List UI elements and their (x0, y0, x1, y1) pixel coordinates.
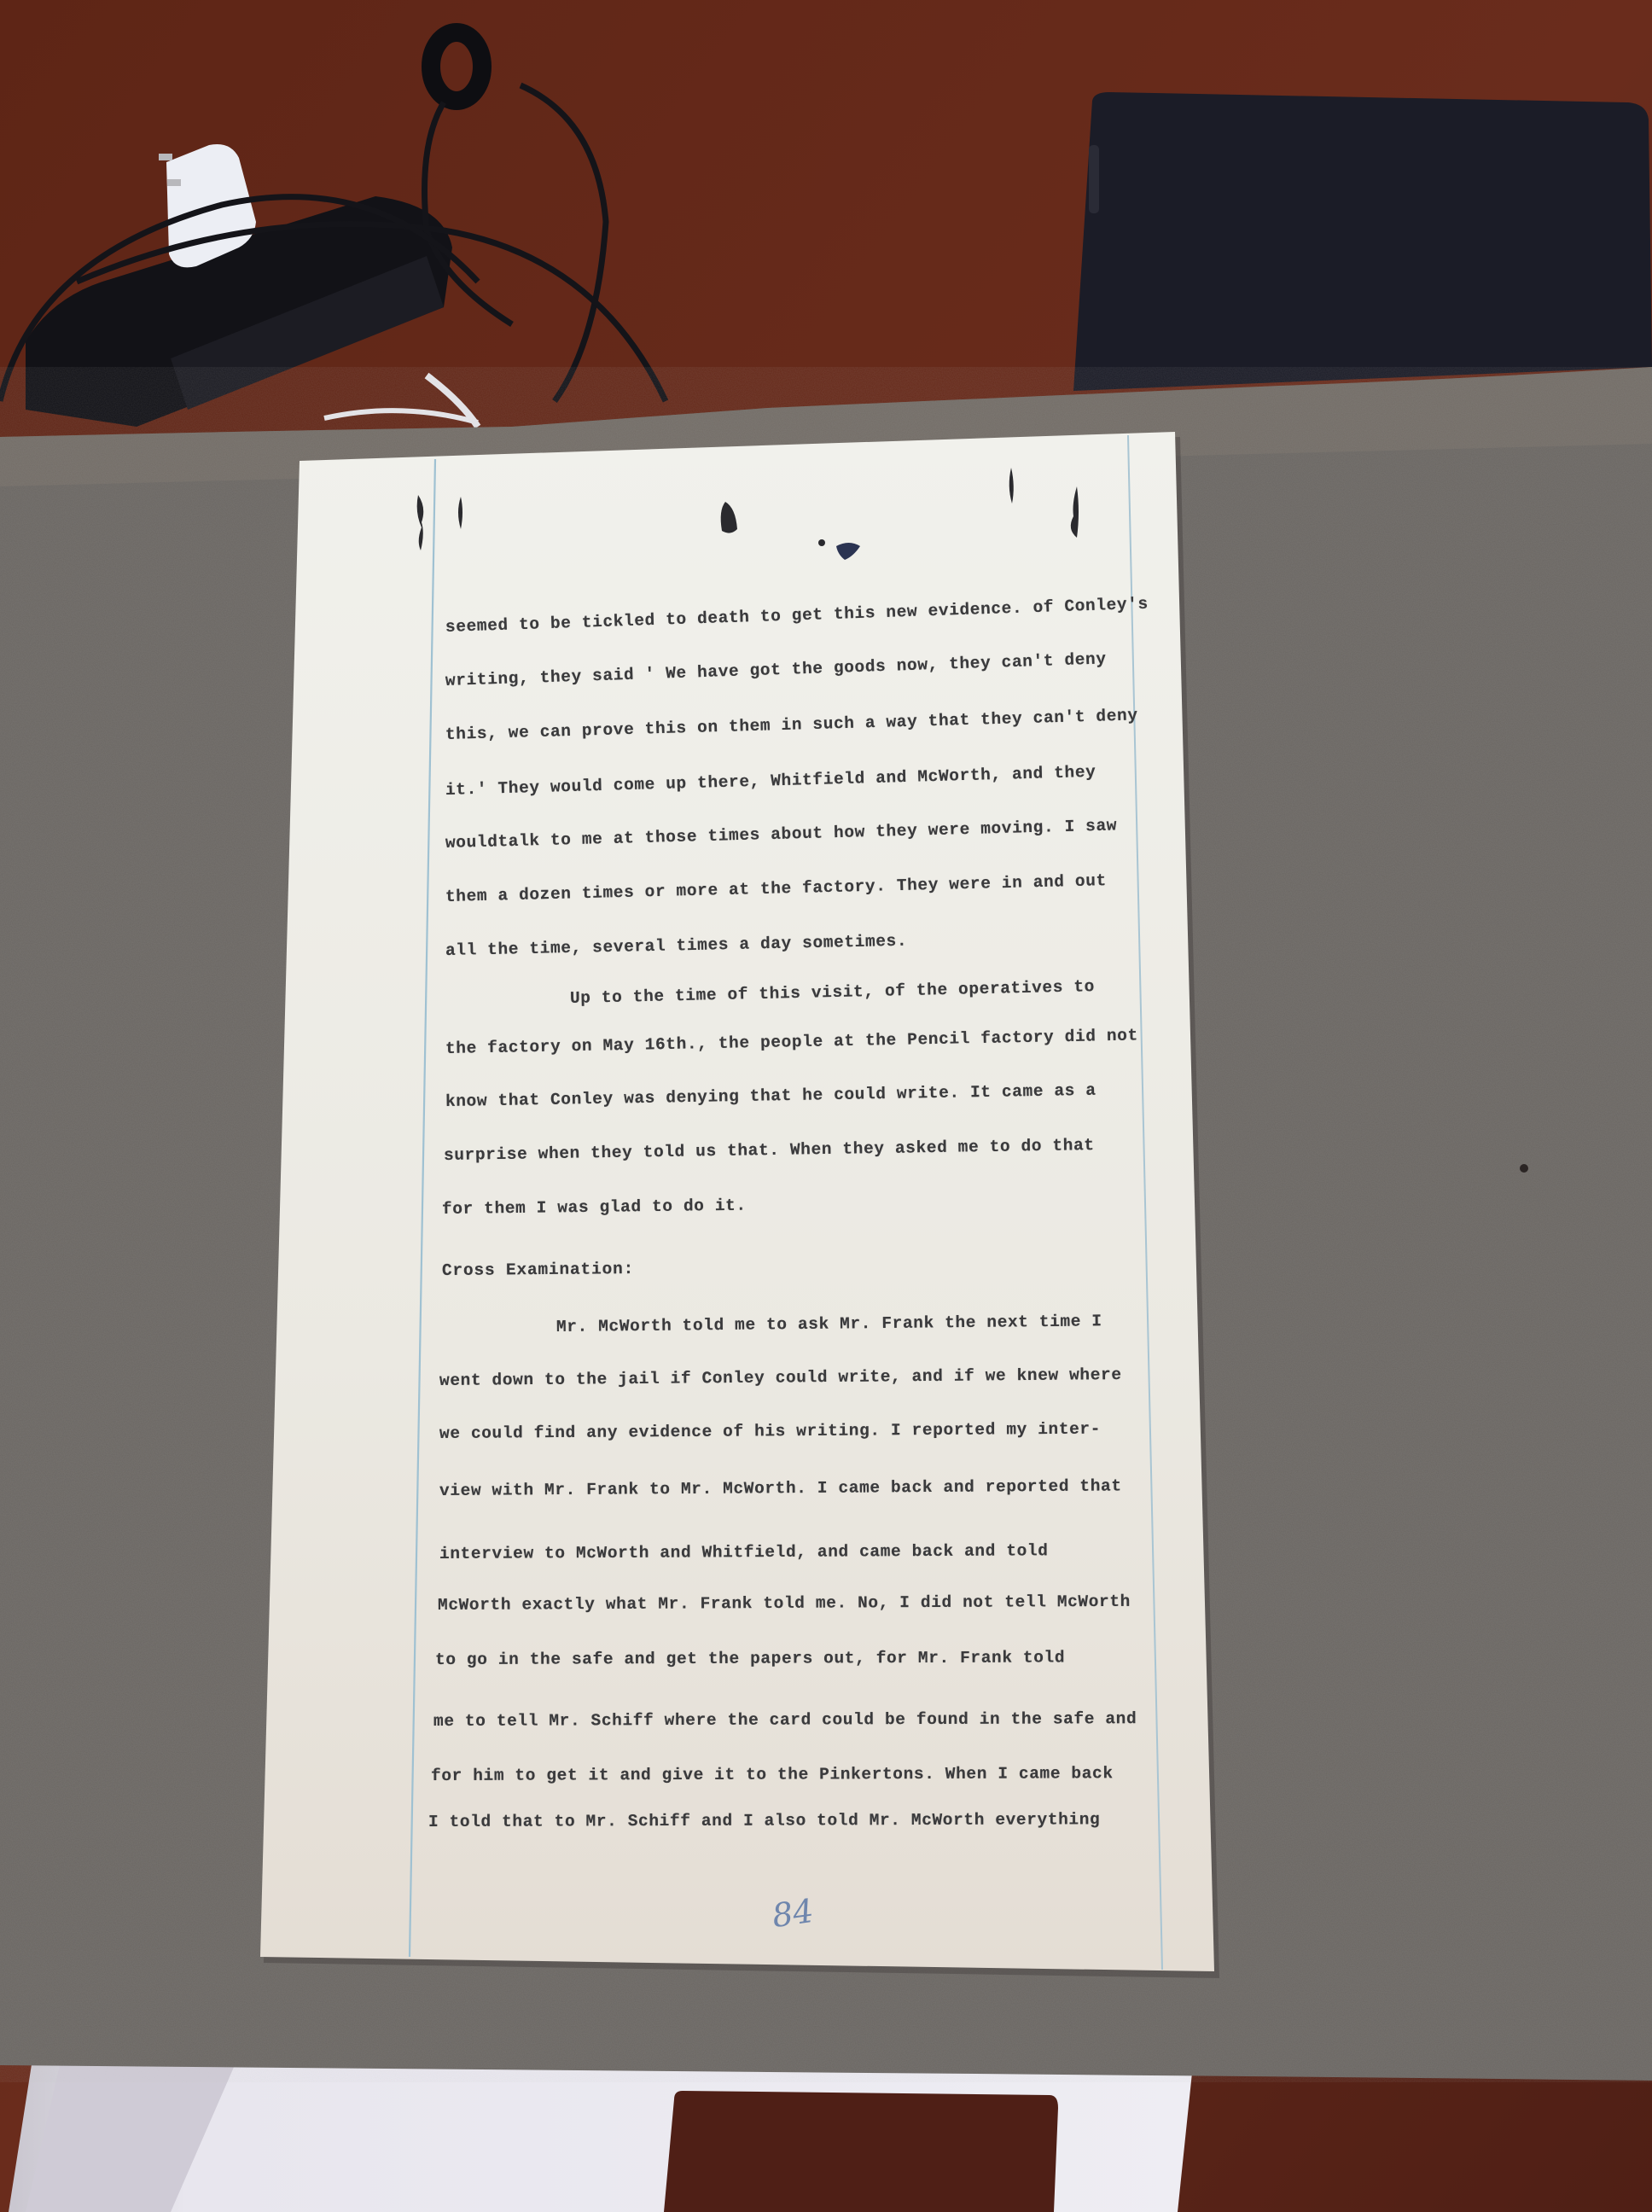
typed-line: me to tell Mr. Schiff where the card cou… (433, 1709, 1137, 1731)
typed-line: interview to McWorth and Whitfield, and … (439, 1541, 1049, 1563)
typed-line: for him to get it and give it to the Pin… (431, 1764, 1114, 1785)
typed-line: I told that to Mr. Schiff and I also tol… (428, 1810, 1100, 1831)
handwritten-page-number: 84 (770, 1892, 816, 1935)
book-support-cutout (664, 2091, 1058, 2212)
typed-line: to go in the safe and get the papers out… (435, 1648, 1065, 1669)
background-scene (0, 0, 1652, 2212)
section-heading: Cross Examination: (442, 1260, 634, 1280)
typed-line: McWorth exactly what Mr. Frank told me. … (438, 1592, 1131, 1615)
tablet-case (1073, 92, 1652, 391)
photo-scene: seemed to be tickled to death to get thi… (0, 0, 1652, 2212)
typed-line: for them I was glad to do it. (442, 1196, 747, 1219)
